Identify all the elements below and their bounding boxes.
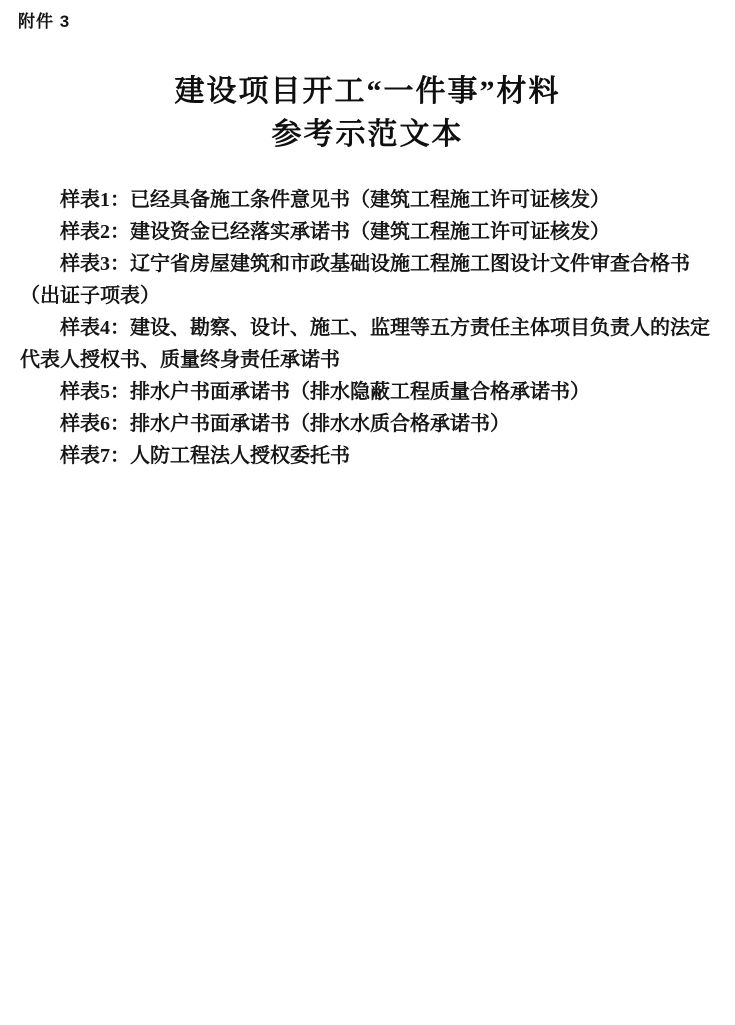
list-item-label: 样表7： [60, 445, 130, 467]
list-item-label: 样表5： [60, 381, 130, 403]
list-item: 样表1：已经具备施工条件意见书（建筑工程施工许可证核发） [20, 184, 717, 216]
sample-table-list: 样表1：已经具备施工条件意见书（建筑工程施工许可证核发） 样表2：建设资金已经落… [0, 184, 735, 472]
list-item: 样表2：建设资金已经落实承诺书（建筑工程施工许可证核发） [20, 216, 717, 248]
list-item: 样表5：排水户书面承诺书（排水隐蔽工程质量合格承诺书） [20, 376, 717, 408]
list-item: 样表3：辽宁省房屋建筑和市政基础设施工程施工图设计文件审查合格书（出证子项表） [20, 248, 717, 312]
list-item: 样表7：人防工程法人授权委托书 [20, 440, 717, 472]
document-title: 建设项目开工“一件事”材料 参考示范文本 [0, 70, 735, 156]
list-item-text: 排水户书面承诺书（排水水质合格承诺书） [130, 413, 510, 435]
list-item: 样表6：排水户书面承诺书（排水水质合格承诺书） [20, 408, 717, 440]
attachment-label: 附件 3 [18, 10, 70, 34]
list-item-text: 已经具备施工条件意见书（建筑工程施工许可证核发） [130, 189, 610, 211]
list-item-label: 样表6： [60, 413, 130, 435]
list-item-text: 排水户书面承诺书（排水隐蔽工程质量合格承诺书） [130, 381, 590, 403]
list-item-label: 样表4： [60, 317, 130, 339]
list-item-label: 样表1： [60, 189, 130, 211]
list-item-label: 样表3： [60, 253, 130, 275]
list-item-label: 样表2： [60, 221, 130, 243]
document-title-line1: 建设项目开工“一件事”材料 [0, 70, 735, 113]
list-item-text: 建设资金已经落实承诺书（建筑工程施工许可证核发） [130, 221, 610, 243]
document-page: 附件 3 建设项目开工“一件事”材料 参考示范文本 样表1：已经具备施工条件意见… [0, 0, 735, 1025]
list-item-text: 人防工程法人授权委托书 [130, 445, 350, 467]
document-title-line2: 参考示范文本 [0, 113, 735, 156]
list-item: 样表4：建设、勘察、设计、施工、监理等五方责任主体项目负责人的法定代表人授权书、… [20, 312, 717, 376]
